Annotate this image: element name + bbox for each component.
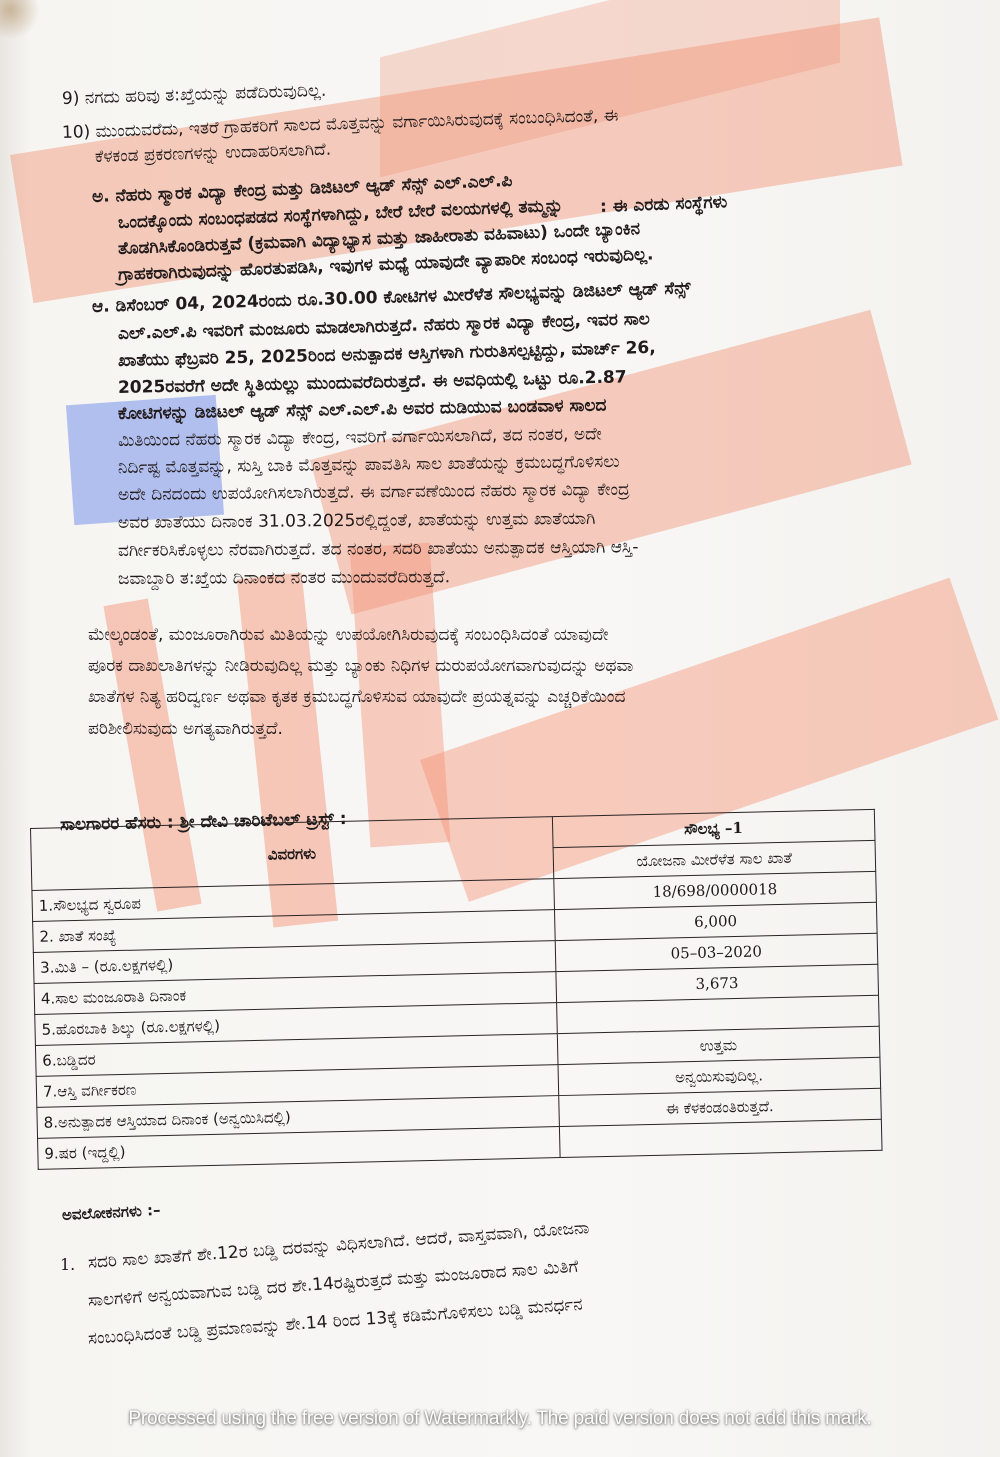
summary-line-1: ಮೇಲ್ಕಂಡಂತೆ, ಮಂಜೂರಾಗಿರುವ ಮಿತಿಯನ್ನು ಉಪಯೋಗಿ… <box>88 624 609 646</box>
point-aa-line-6: ಮಿತಿಯಿಂದ ನೆಹರು ಸ್ಮಾರಕ ವಿದ್ಯಾ ಕೇಂದ್ರ, ಇವರ… <box>118 423 602 452</box>
item-9: 9) ನಗದು ಹರಿವು ತ:ಖ್ತೆಯನ್ನು ಪಡೆದಿರುವುದಿಲ್ಲ… <box>62 80 327 110</box>
point-aa-line-11: ಜವಾಬ್ದಾರಿ ತ:ಖ್ತೆಯ ದಿನಾಂಕದ ನಂತರ ಮುಂದುವರೆದ… <box>118 566 450 590</box>
item-10-line-2: ಕೆಳಕಂಡ ಪ್ರಕರಣಗಳನ್ನು ಉದಾಹರಿಸಲಾಗಿದೆ. <box>95 139 332 168</box>
column-header-details: ವಿವರಗಳು <box>31 817 554 891</box>
point-a-tail: : ಈ ಎರಡು ಸಂಸ್ಥೆಗಳು <box>600 191 728 218</box>
observation-number: 1. <box>60 1255 75 1274</box>
observations-heading: ಅವಲೋಕನಗಳು :– <box>62 1201 161 1224</box>
summary-line-2: ಪೂರಕ ದಾಖಲಾತಿಗಳನ್ನು ನೀಡಿರುವುದಿಲ್ಲ ಮತ್ತು ಬ… <box>88 655 633 677</box>
point-aa-line-5: ಕೋಟಿಗಳನ್ನು ಡಿಜಿಟಲ್ ಆ್ಯಡ್ ಸೆನ್ಸ್ ಎಲ್.ಎಲ್.… <box>118 394 607 425</box>
point-aa-line-7: ನಿರ್ದಿಷ್ಟ ಮೊತ್ತವನ್ನು, ಸುಸ್ತಿ ಬಾಕಿ ಮೊತ್ತವ… <box>118 451 620 479</box>
loan-details-table: ವಿವರಗಳು ಸೌಲಭ್ಯ –1 ಯೋಜನಾ ಮೀರೆಳೆತ ಸಾಲ ಖಾತೆ… <box>30 809 883 1170</box>
summary-line-3: ಖಾತೆಗಳ ನಿತ್ಯ ಹರಿದ್ವರ್ಣ ಅಥವಾ ಕೃತಕ ಕ್ರಮಬದ್… <box>88 686 625 708</box>
point-aa-line-10: ವರ್ಗೀಕರಿಸಿಕೊಳ್ಳಲು ನೆರವಾಗಿರುತ್ತದೆ. ತದ ನಂತ… <box>118 536 639 562</box>
point-aa-line-8: ಅದೇ ದಿನದಂದು ಉಪಯೋಗಿಸಲಾಗಿರುತ್ತದೆ. ಈ ವರ್ಗಾವ… <box>118 479 630 506</box>
point-aa-line-4: 2025ರವರೆಗೆ ಅದೇ ಸ್ಥಿತಿಯಲ್ಲು ಮುಂದುವರೆದಿರುತ… <box>118 366 627 399</box>
row-value <box>559 1119 882 1157</box>
point-aa-line-9: ಅವರ ಖಾತೆಯು ದಿನಾಂಕ 31.03.2025ರಲ್ಲಿದ್ದಂತೆ,… <box>118 508 596 534</box>
watermarkly-notice: Processed using the free version of Wate… <box>0 1408 1000 1430</box>
summary-line-4: ಪರಿಶೀಲಿಸುವುದು ಅಗತ್ಯವಾಗಿರುತ್ತದೆ. <box>88 718 283 740</box>
document-page: 9) ನಗದು ಹರಿವು ತ:ಖ್ತೆಯನ್ನು ಪಡೆದಿರುವುದಿಲ್ಲ… <box>0 0 1000 1457</box>
